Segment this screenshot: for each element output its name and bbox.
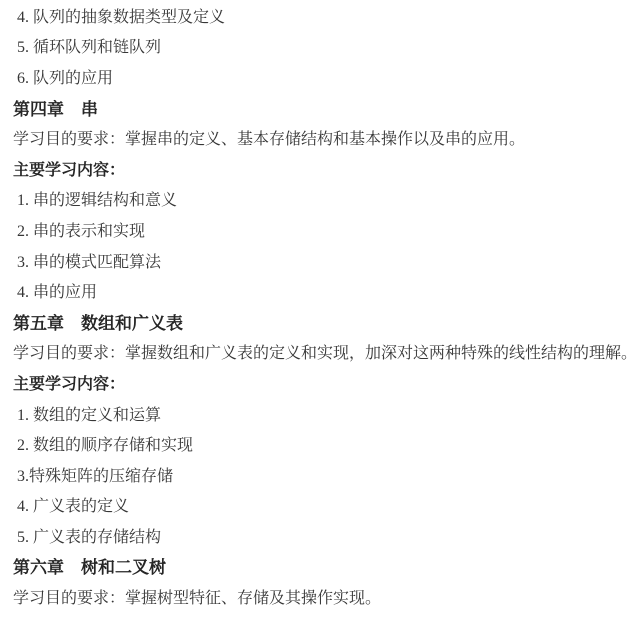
list-item: 5. 循环队列和链队列 bbox=[0, 31, 634, 62]
chapter-4-content-label: 主要学习内容： bbox=[0, 153, 634, 184]
chapter-5-heading: 第五章 数组和广义表 bbox=[0, 306, 634, 337]
chapter-4-heading: 第四章 串 bbox=[0, 92, 634, 123]
chapter-6-heading: 第六章 树和二叉树 bbox=[0, 551, 634, 582]
list-item: 4. 广义表的定义 bbox=[0, 490, 634, 521]
list-item: 2. 串的表示和实现 bbox=[0, 214, 634, 245]
list-item: 4. 队列的抽象数据类型及定义 bbox=[0, 0, 634, 31]
chapter-5-content-label: 主要学习内容： bbox=[0, 367, 634, 398]
chapter-4-objective: 学习目的要求：掌握串的定义、基本存储结构和基本操作以及串的应用。 bbox=[0, 122, 634, 153]
list-item: 3.特殊矩阵的压缩存储 bbox=[0, 459, 634, 490]
list-item: 3. 串的模式匹配算法 bbox=[0, 245, 634, 276]
chapter-6-objective: 学习目的要求：掌握树型特征、存储及其操作实现。 bbox=[0, 581, 634, 612]
list-item: 5. 广义表的存储结构 bbox=[0, 520, 634, 551]
list-item: 2. 数组的顺序存储和实现 bbox=[0, 428, 634, 459]
list-item: 4. 串的应用 bbox=[0, 275, 634, 306]
list-item: 6. 队列的应用 bbox=[0, 61, 634, 92]
syllabus-document-page: 4. 队列的抽象数据类型及定义 5. 循环队列和链队列 6. 队列的应用 第四章… bbox=[0, 0, 634, 623]
list-item: 1. 串的逻辑结构和意义 bbox=[0, 184, 634, 215]
chapter-5-objective: 学习目的要求：掌握数组和广义表的定义和实现，加深对这两种特殊的线性结构的理解。 bbox=[0, 337, 634, 368]
list-item: 1. 数组的定义和运算 bbox=[0, 398, 634, 429]
